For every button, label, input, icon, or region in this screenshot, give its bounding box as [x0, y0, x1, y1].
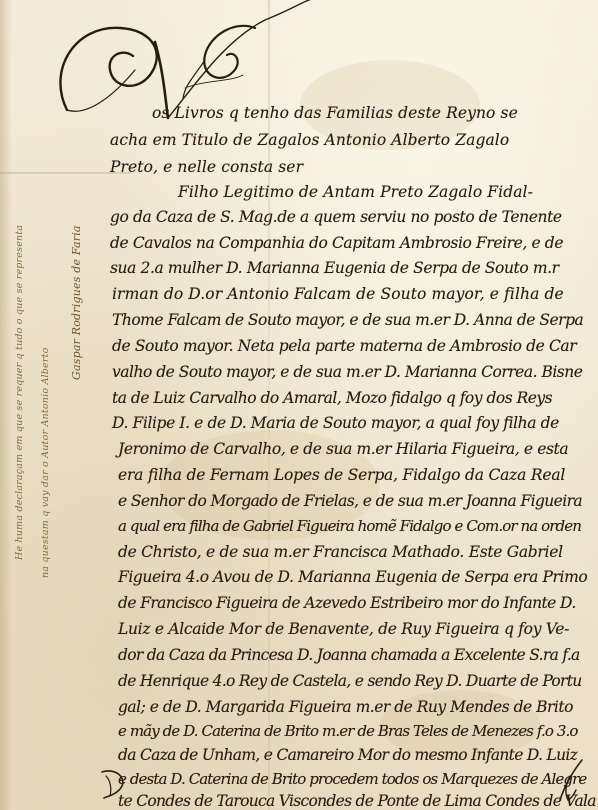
text-line: era filha de Fernam Lopes de Serpa, Fida… [118, 466, 565, 484]
text-line: valho de Souto mayor, e de sua m.er D. M… [112, 363, 582, 381]
text-line: Preto, e nelle consta ser [110, 158, 303, 176]
text-line: e desta D. Caterina de Brito procedem to… [118, 770, 586, 788]
text-line: de Christo, e de sua m.er Francisca Math… [118, 543, 563, 561]
text-line: Jeronimo de Carvalho, e de sua m.er Hila… [118, 440, 568, 458]
text-line: e Senhor do Morgado de Frielas, e de sua… [118, 492, 582, 510]
text-line: gal; e de D. Margarida Figueira m.er de … [118, 698, 573, 716]
text-line: a qual era filha de Gabriel Figueira hom… [118, 517, 581, 535]
text-line: Filho Legitimo de Antam Preto Zagalo Fid… [178, 183, 533, 201]
text-line: ta de Luiz Carvalho do Amaral, Mozo fida… [112, 389, 552, 407]
text-line: da Caza de Unham, e Camareiro Mor do mes… [118, 746, 577, 764]
manuscript-page: He huma declaraçam em que se requer q tu… [0, 0, 598, 810]
text-line: D. Filipe I. e de D. Maria de Souto mayo… [112, 414, 559, 432]
text-line: Thome Falcam de Souto mayor, e de sua m.… [112, 311, 583, 329]
text-line: de Souto mayor. Neta pela parte materna … [112, 337, 576, 355]
text-line: dor da Caza da Princesa D. Joanna chamad… [118, 646, 580, 664]
text-line: de Francisco Figueira de Azevedo Estribe… [118, 594, 576, 612]
right-flourish-icon [548, 756, 588, 804]
text-line: Figueira 4.o Avou de D. Marianna Eugenia… [118, 568, 587, 586]
text-line: acha em Titulo de Zagalos Antonio Albert… [110, 131, 509, 149]
text-line: de Cavalos na Companhia do Capitam Ambro… [110, 234, 563, 252]
manuscript-body: os Livros q tenho das Familias deste Rey… [0, 0, 598, 810]
text-line: go da Caza de S. Mag.de a quem serviu no… [110, 208, 562, 226]
text-line: sua 2.a mulher D. Marianna Eugenia de Se… [110, 259, 559, 277]
text-line: de Henrique 4.o Rey de Castela, e sendo … [118, 672, 582, 690]
left-flourish-icon [98, 766, 130, 800]
text-line: te Condes de Tarouca Viscondes de Ponte … [118, 792, 596, 810]
text-line: e mãy de D. Caterina de Brito m.er de Br… [118, 722, 577, 740]
text-line: Luiz e Alcaide Mor de Benavente, de Ruy … [118, 620, 569, 638]
text-line: os Livros q tenho das Familias deste Rey… [152, 104, 518, 122]
text-line: irman do D.or Antonio Falcam de Souto ma… [112, 285, 564, 303]
